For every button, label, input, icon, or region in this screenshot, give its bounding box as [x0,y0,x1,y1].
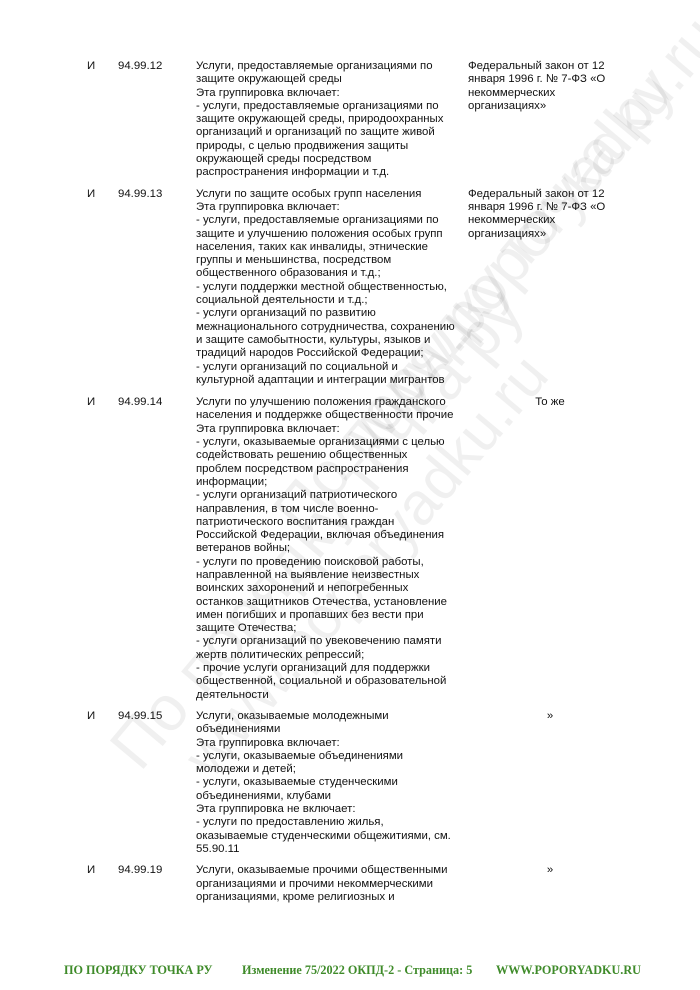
description-line: объединениями, клубами [196,790,466,803]
okpd-code: 94.99.12 [118,60,162,73]
change-mark: И [87,188,95,201]
row-reference: Федеральный закон от 12 января 1996 г. №… [468,60,628,113]
row-reference: » [470,710,630,723]
description-line: - услуги, оказываемые организациями с це… [196,436,466,449]
description-line: населения, таких как инвалиды, этнически… [196,241,466,254]
reference-line: некоммерческих [468,87,628,100]
okpd-code: 94.99.14 [118,396,162,409]
description-line: жертв политических репрессий; [196,649,466,662]
description-line: - услуги организаций патриотического [196,489,466,502]
reference-line: » [470,864,630,877]
description-line: ветеранов войны; [196,542,466,555]
footer-site-name: ПО ПОРЯДКУ ТОЧКА РУ [64,963,212,978]
description-line: объединениями [196,723,466,736]
change-mark: И [87,710,95,723]
okpd-code: 94.99.13 [118,188,162,201]
row-description: Услуги по защите особых групп населения … [196,188,466,387]
reference-line: января 1996 г. № 7-ФЗ «О [468,73,628,86]
footer-site-url[interactable]: WWW.POPORYADKU.RU [496,963,641,978]
description-line: межнационального сотрудничества, сохране… [196,321,466,334]
description-line: - услуги, предоставляемые организациями … [196,214,466,227]
row-reference: Федеральный закон от 12 января 1996 г. №… [468,188,628,241]
description-line: защите окружающей среды [196,73,466,86]
table-row: И 94.99.14 Услуги по улучшению положения… [0,396,700,702]
description-line: и защите самобытности, культуры, языков … [196,334,466,347]
change-mark: И [87,60,95,73]
table-row: И 94.99.19 Услуги, оказываемые прочими о… [0,864,700,904]
description-line: - услуги организаций по развитию [196,307,466,320]
classification-table: И 94.99.12 Услуги, предоставляемые орган… [0,60,700,904]
change-mark: И [87,396,95,409]
description-line: социальной деятельности и т.д.; [196,294,466,307]
description-line: молодежи и детей; [196,763,466,776]
description-line: Эта группировка включает: [196,201,466,214]
reference-line: Федеральный закон от 12 [468,188,628,201]
description-line: - услуги, оказываемые студенческими [196,776,466,789]
row-description: Услуги, оказываемые прочими общественным… [196,864,466,904]
description-line: - услуги организаций по увековечению пам… [196,635,466,648]
description-line: информации; [196,476,466,489]
reference-line: января 1996 г. № 7-ФЗ «О [468,201,628,214]
description-line: оказываемые студенческими общежитиями, с… [196,830,466,843]
description-line: культурной адаптации и интеграции мигран… [196,374,466,387]
table-row: И 94.99.12 Услуги, предоставляемые орган… [0,60,700,180]
description-line: природы, с целью продвижения защиты [196,140,466,153]
description-line: Эта группировка включает: [196,423,466,436]
change-mark: И [87,864,95,877]
description-line: направленной на выявление неизвестных [196,569,466,582]
description-line: защите Отечества; [196,622,466,635]
description-line: Эта группировка включает: [196,737,466,750]
description-line: Услуги, оказываемые прочими общественным… [196,864,466,877]
reference-line: организациях» [468,100,628,113]
description-line: воинских захоронений и непогребенных [196,582,466,595]
description-line: Российской Федерации, включая объединени… [196,529,466,542]
reference-line: Федеральный закон от 12 [468,60,628,73]
description-line: - услуги, оказываемые объединениями [196,750,466,763]
description-line: общественного образования и т.д.; [196,267,466,280]
description-line: организациями, кроме религиозных и [196,891,466,904]
reference-line: То же [470,396,630,409]
description-line: Услуги по защите особых групп населения [196,188,466,201]
description-line: направления, в том числе военно- [196,503,466,516]
description-line: группы и меньшинства, посредством [196,254,466,267]
description-line: организациями и прочими некоммерческими [196,878,466,891]
row-reference: » [470,864,630,877]
row-reference: То же [470,396,630,409]
description-line: имен погибших и пропавших без вести при [196,609,466,622]
description-line: - услуги поддержки местной общественност… [196,281,466,294]
table-row: И 94.99.13 Услуги по защите особых групп… [0,188,700,387]
description-line: общественной, социальной и образовательн… [196,675,466,688]
description-line: распространения информации и т.д. [196,166,466,179]
reference-line: организациях» [468,228,628,241]
description-line: 55.90.11 [196,843,466,856]
description-line: Эта группировка не включает: [196,803,466,816]
okpd-code: 94.99.15 [118,710,162,723]
reference-line: » [470,710,630,723]
description-line: - услуги по проведению поисковой работы, [196,556,466,569]
row-description: Услуги по улучшению положения гражданско… [196,396,466,702]
description-line: защите и улучшению положения особых груп… [196,228,466,241]
description-line: проблем посредством распространения [196,463,466,476]
description-line: Услуги по улучшению положения гражданско… [196,396,466,409]
description-line: останков защитников Отечества, установле… [196,596,466,609]
description-line: защите окружающей среды, природоохранных [196,113,466,126]
description-line: традиций народов Российской Федерации; [196,347,466,360]
description-line: организаций и организаций по защите живо… [196,126,466,139]
description-line: - услуги по предоставлению жилья, [196,816,466,829]
okpd-code: 94.99.19 [118,864,162,877]
description-line: населения и поддержке общественности про… [196,409,466,422]
row-description: Услуги, оказываемые молодежными объедине… [196,710,466,856]
table-row: И 94.99.15 Услуги, оказываемые молодежны… [0,710,700,856]
description-line: Эта группировка включает: [196,87,466,100]
description-line: деятельности [196,689,466,702]
description-line: Услуги, предоставляемые организациями по [196,60,466,73]
description-line: - услуги организаций по социальной и [196,361,466,374]
description-line: Услуги, оказываемые молодежными [196,710,466,723]
description-line: - услуги, предоставляемые организациями … [196,100,466,113]
description-line: патриотического воспитания граждан [196,516,466,529]
footer-page-info: Изменение 75/2022 ОКПД-2 - Страница: 5 [242,963,472,978]
description-line: - прочие услуги организаций для поддержк… [196,662,466,675]
row-description: Услуги, предоставляемые организациями по… [196,60,466,180]
description-line: окружающей среды посредством [196,153,466,166]
description-line: содействовать решению общественных [196,449,466,462]
reference-line: некоммерческих [468,214,628,227]
